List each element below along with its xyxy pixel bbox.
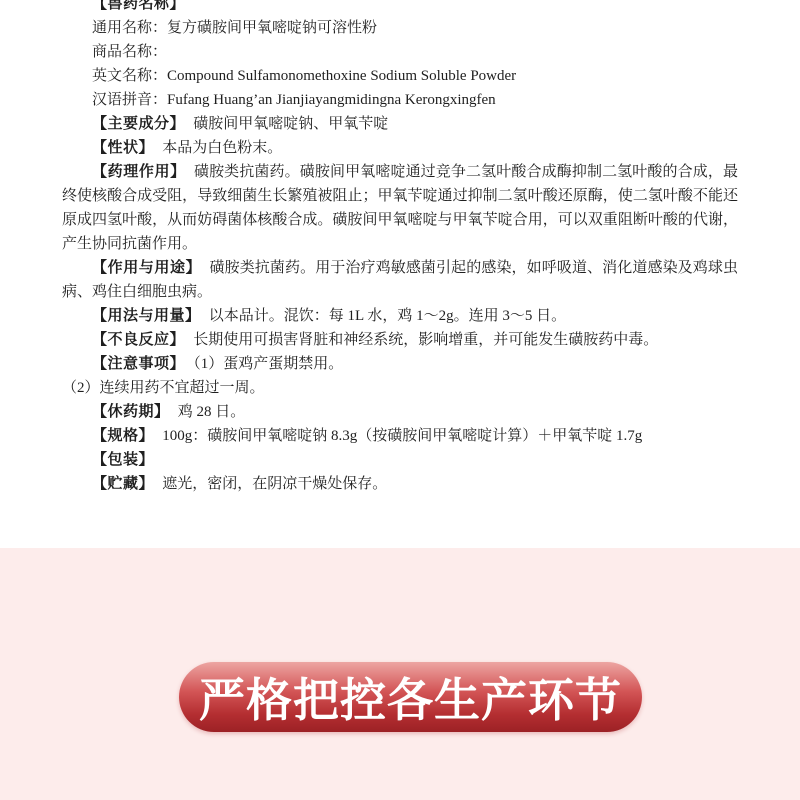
paragraph-text: 商品名称： xyxy=(92,44,167,60)
footer-band: 严格把控各生产环节 xyxy=(0,548,800,800)
paragraph-pharmacology: 【药理作用】磺胺类抗菌药。磺胺间甲氧嘧啶通过竞争二氢叶酸合成酶抑制二氢叶酸的合成… xyxy=(62,160,738,256)
section-header: 【不良反应】 xyxy=(92,331,185,348)
paragraph-drug-name-header: 【兽药名称】 xyxy=(62,0,738,16)
section-header: 【注意事项】 xyxy=(92,355,185,372)
paragraph-withdrawal-period: 【休药期】鸡 28 日。 xyxy=(62,400,738,424)
paragraph-main-ingredients: 【主要成分】磺胺间甲氧嘧啶钠、甲氧苄啶 xyxy=(62,112,738,136)
section-header: 【兽药名称】 xyxy=(92,0,185,12)
paragraph-trade-name: 商品名称： xyxy=(62,40,738,64)
paragraph-text: 通用名称：复方磺胺间甲氧嘧啶钠可溶性粉 xyxy=(92,20,377,36)
paragraph-text: （1）蛋鸡产蛋期禁用。 xyxy=(193,356,343,372)
paragraph-precautions-item-2: （2）连续用药不宜超过一周。 xyxy=(62,376,738,400)
paragraph-pinyin-name: 汉语拼音：Fufang Huang’an Jianjiayangmidingna… xyxy=(62,88,738,112)
paragraph-generic-name: 通用名称：复方磺胺间甲氧嘧啶钠可溶性粉 xyxy=(62,16,738,40)
quality-control-banner: 严格把控各生产环节 xyxy=(179,662,642,732)
section-header: 【贮藏】 xyxy=(92,475,154,492)
paragraph-english-name: 英文名称：Compound Sulfamonomethoxine Sodium … xyxy=(62,64,738,88)
section-header: 【作用与用途】 xyxy=(92,259,201,276)
paragraph-text: 100g：磺胺间甲氧嘧啶钠 8.3g（按磺胺间甲氧嘧啶计算）＋甲氧苄啶 1.7g xyxy=(162,428,642,444)
banner-label: 严格把控各生产环节 xyxy=(199,664,622,730)
paragraph-dosage: 【用法与用量】以本品计。混饮：每 1L 水，鸡 1～2g。连用 3～5 日。 xyxy=(62,304,738,328)
section-header: 【用法与用量】 xyxy=(92,307,201,324)
paragraph-precautions: 【注意事项】（1）蛋鸡产蛋期禁用。 xyxy=(62,352,738,376)
section-header: 【药理作用】 xyxy=(92,163,186,180)
section-header: 【包装】 xyxy=(92,451,154,468)
paragraph-text: 以本品计。混饮：每 1L 水，鸡 1～2g。连用 3～5 日。 xyxy=(209,308,566,324)
paragraph-text: （2）连续用药不宜超过一周。 xyxy=(62,380,265,396)
paragraph-indications: 【作用与用途】磺胺类抗菌药。用于治疗鸡敏感菌引起的感染，如呼吸道、消化道感染及鸡… xyxy=(62,256,738,304)
paragraph-properties: 【性状】本品为白色粉末。 xyxy=(62,136,738,160)
paragraph-specification: 【规格】100g：磺胺间甲氧嘧啶钠 8.3g（按磺胺间甲氧嘧啶计算）＋甲氧苄啶 … xyxy=(62,424,738,448)
paragraph-text: 磺胺间甲氧嘧啶钠、甲氧苄啶 xyxy=(193,116,388,132)
section-header: 【主要成分】 xyxy=(92,115,185,132)
paragraph-text: 汉语拼音：Fufang Huang’an Jianjiayangmidingna… xyxy=(92,92,496,108)
product-detail-page: 【兽药名称】 通用名称：复方磺胺间甲氧嘧啶钠可溶性粉 商品名称： 英文名称：Co… xyxy=(0,0,800,800)
section-header: 【规格】 xyxy=(92,427,154,444)
paragraph-storage: 【贮藏】遮光，密闭，在阴凉干燥处保存。 xyxy=(62,472,738,496)
paragraph-text: 英文名称：Compound Sulfamonomethoxine Sodium … xyxy=(92,68,516,84)
paragraph-adverse-reactions: 【不良反应】长期使用可损害肾脏和神经系统，影响增重，并可能发生磺胺药中毒。 xyxy=(62,328,738,352)
section-header: 【性状】 xyxy=(92,139,154,156)
section-header: 【休药期】 xyxy=(92,403,170,420)
paragraph-text: 本品为白色粉末。 xyxy=(162,140,282,156)
paragraph-text: 遮光，密闭，在阴凉干燥处保存。 xyxy=(162,476,387,492)
drug-info-document: 【兽药名称】 通用名称：复方磺胺间甲氧嘧啶钠可溶性粉 商品名称： 英文名称：Co… xyxy=(62,0,738,496)
paragraph-text: 长期使用可损害肾脏和神经系统，影响增重，并可能发生磺胺药中毒。 xyxy=(193,332,658,348)
paragraph-text: 鸡 28 日。 xyxy=(178,404,246,420)
paragraph-packaging: 【包装】 xyxy=(62,448,738,472)
